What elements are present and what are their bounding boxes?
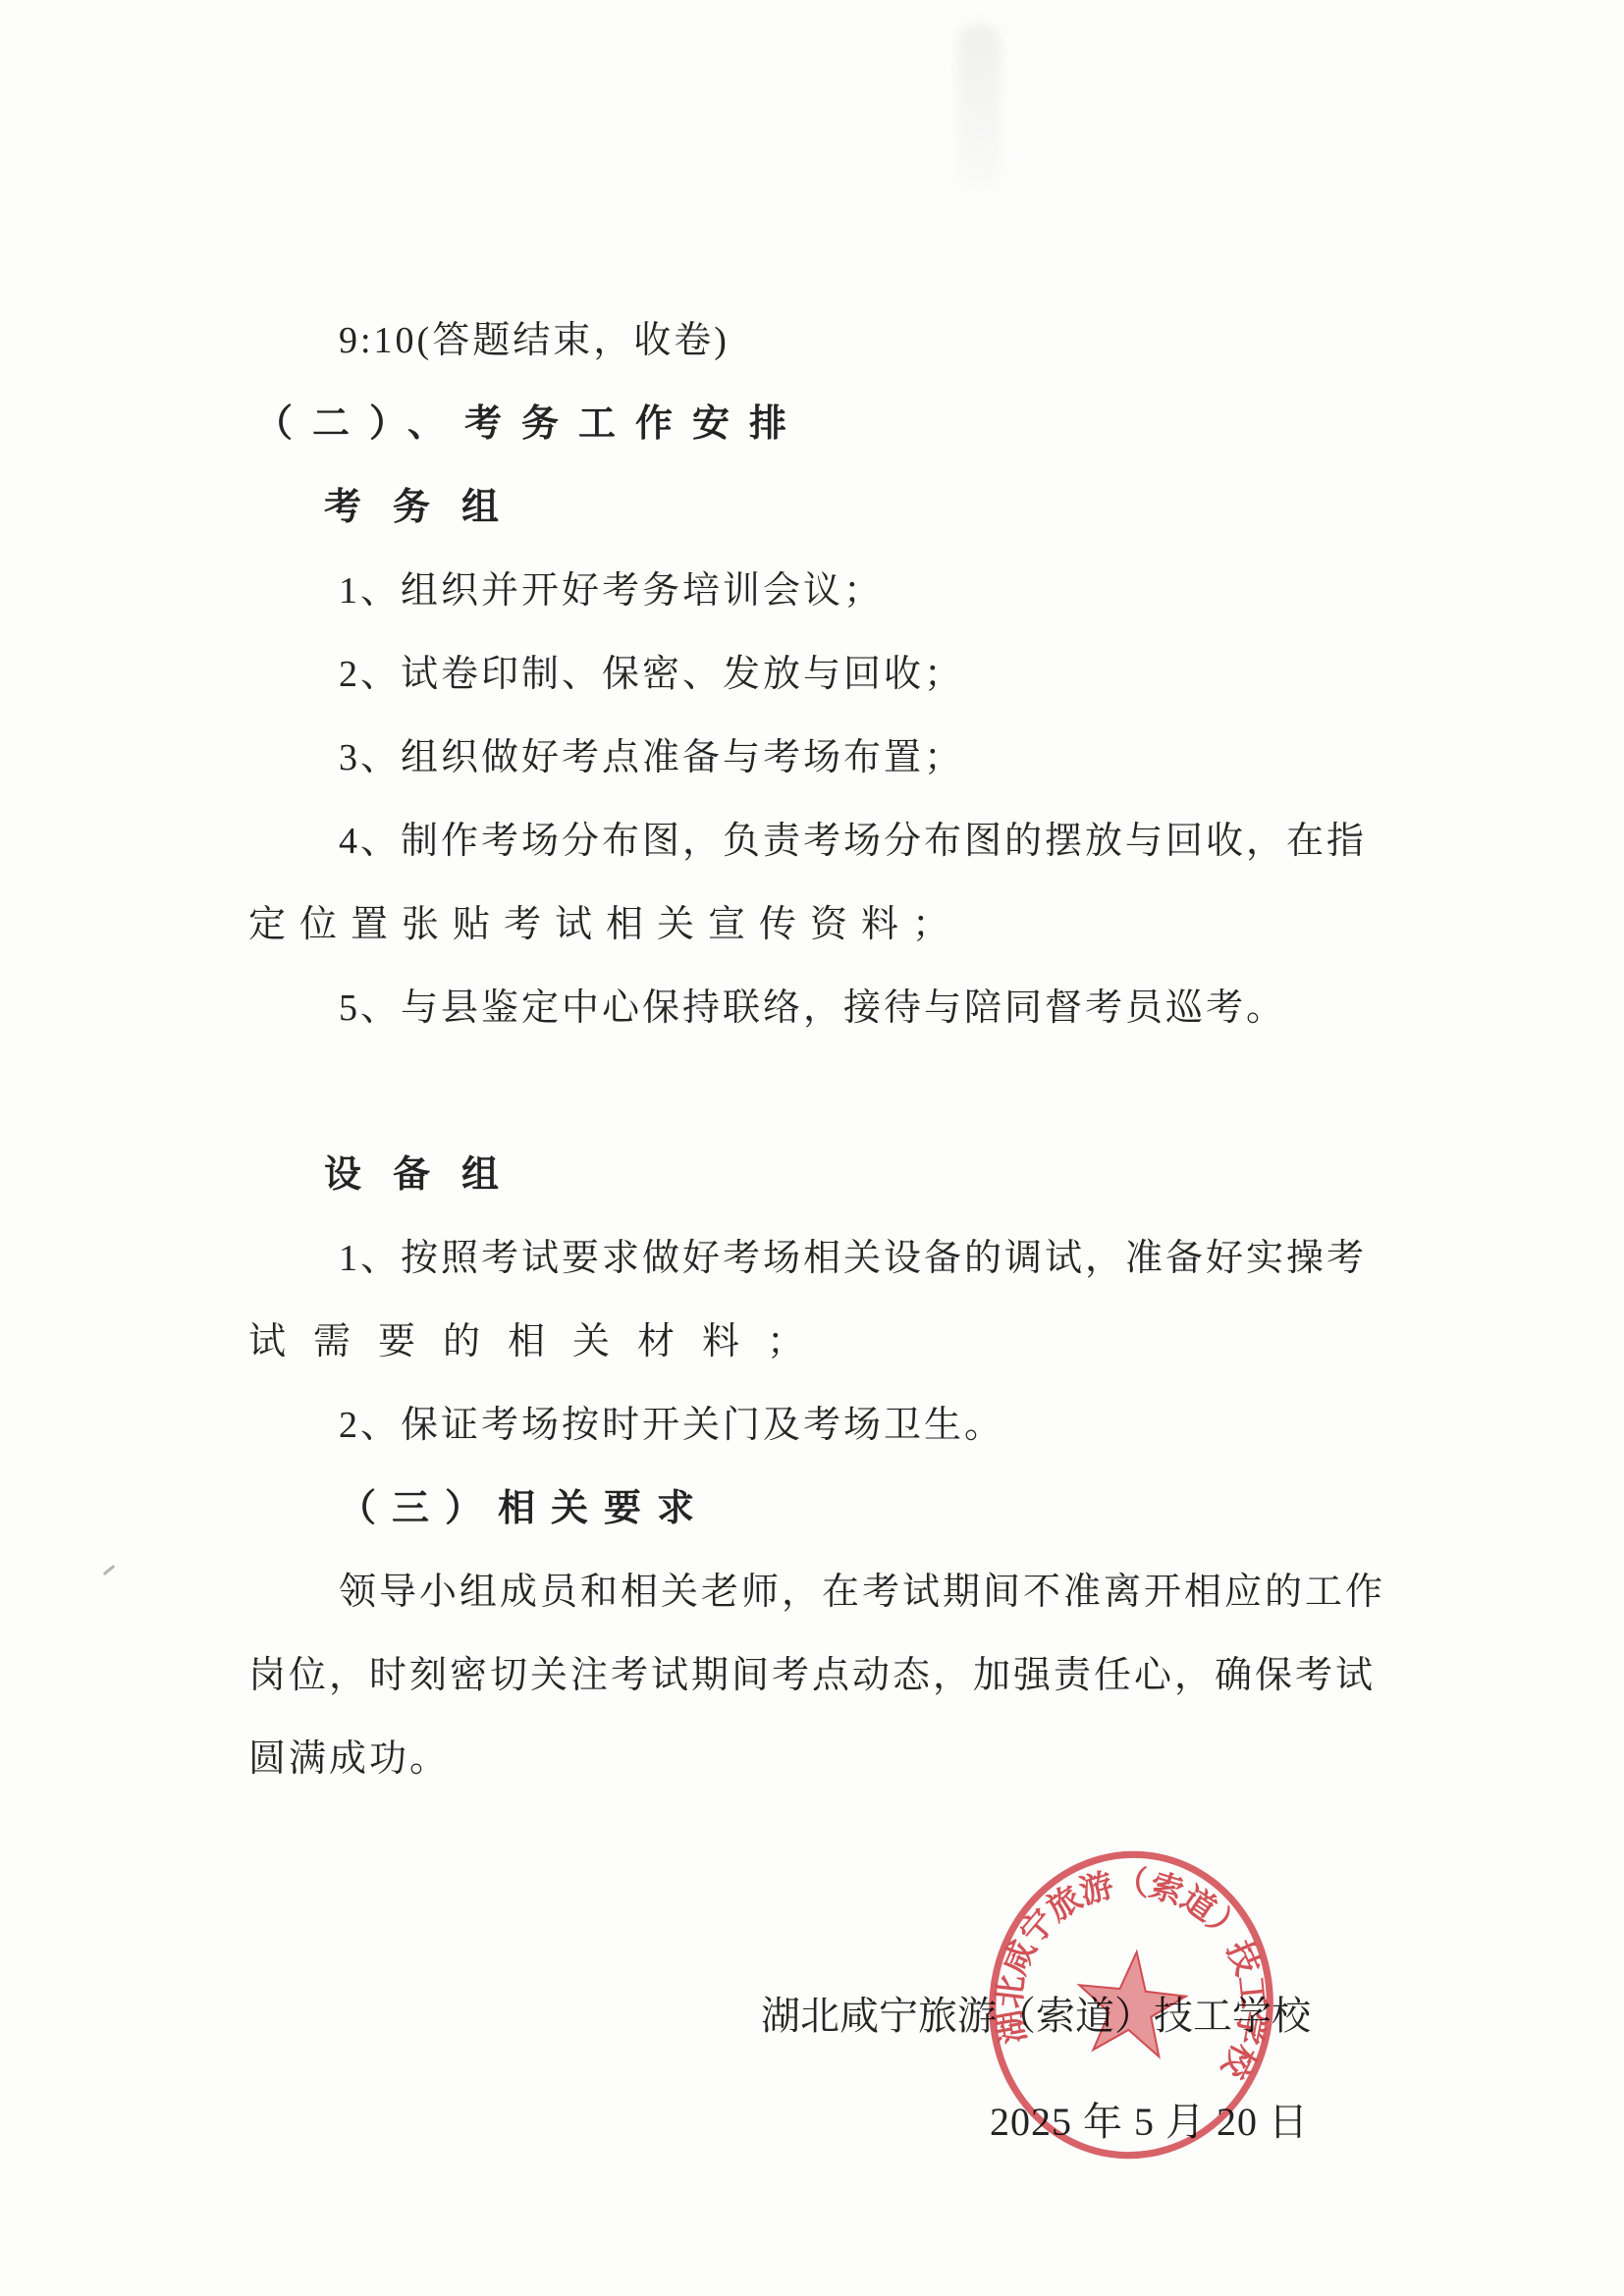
- document-line: 定位置张贴考试相关宣传资料；: [248, 883, 1505, 967]
- blank-line: [248, 1050, 1505, 1134]
- document-line: 2、试卷印制、保密、发放与回收；: [248, 633, 1505, 717]
- document-line: 考务组: [248, 466, 1505, 550]
- document-page: 9:10(答题结束，收卷)（二）、考务工作安排考务组1、组织并开好考务培训会议；…: [0, 0, 1624, 2296]
- document-line: 4、制作考场分布图，负责考场分布图的摆放与回收，在指: [248, 800, 1505, 883]
- official-seal: 湖北咸宁旅游（索道）技工学校: [968, 1833, 1294, 2178]
- document-line: 领导小组成员和相关老师，在考试期间不准离开相应的工作: [248, 1551, 1505, 1634]
- document-line: 1、组织并开好考务培训会议；: [248, 550, 1505, 633]
- document-line: 圆满成功。: [248, 1718, 1505, 1801]
- document-line: 3、组织做好考点准备与考场布置；: [248, 717, 1505, 800]
- document-line: 设备组: [248, 1134, 1505, 1217]
- document-line: 试需要的相关材料；: [248, 1301, 1505, 1384]
- star-icon: [1073, 1947, 1190, 2058]
- document-line: 5、与县鉴定中心保持联络，接待与陪同督考员巡考。: [248, 967, 1505, 1050]
- document-line: （二）、考务工作安排: [248, 383, 1505, 466]
- document-line: 岗位，时刻密切关注考试期间考点动态，加强责任心，确保考试: [248, 1634, 1505, 1718]
- document-line: （三）相关要求: [248, 1468, 1505, 1551]
- document-line: 1、按照考试要求做好考场相关设备的调试，准备好实操考: [248, 1217, 1505, 1301]
- document-line: 2、保证考场按时开关门及考场卫生。: [248, 1384, 1505, 1468]
- scan-artifact-streak: [957, 25, 1001, 191]
- scan-artifact-mark: [103, 1565, 116, 1575]
- document-line: 9:10(答题结束，收卷): [248, 299, 1505, 383]
- document-body: 9:10(答题结束，收卷)（二）、考务工作安排考务组1、组织并开好考务培训会议；…: [248, 299, 1505, 1801]
